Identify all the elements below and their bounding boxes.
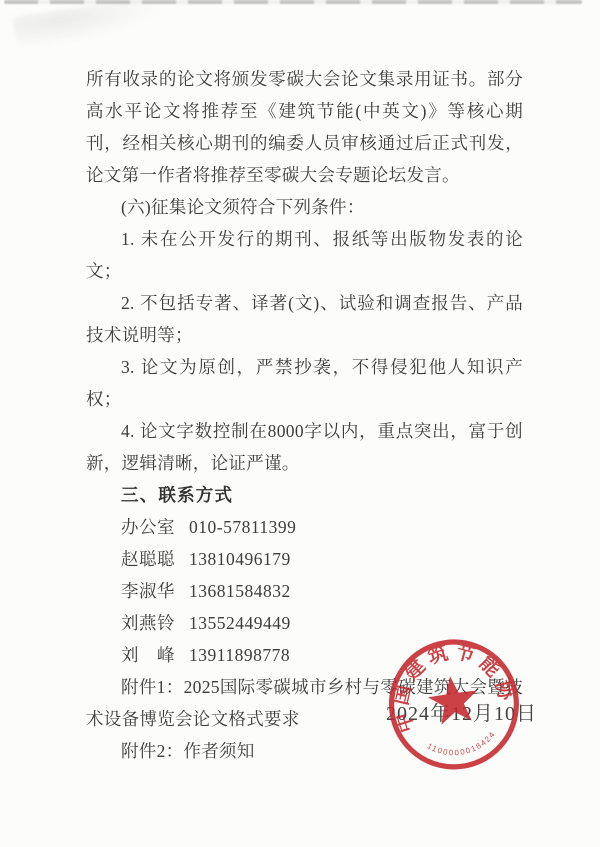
contact-name: 赵聪聪	[121, 549, 175, 569]
contact-phone: 13681584832	[189, 581, 291, 601]
scan-artifact-top	[4, 0, 582, 4]
body-paragraph: (六)征集论文须符合下列条件：	[86, 191, 523, 223]
contacts-heading: 三、联系方式	[86, 479, 523, 511]
body-paragraph: 2. 不包括专著、译著(文)、试验和调查报告、产品技术说明等；	[86, 287, 523, 351]
contact-row: 赵聪聪13810496179	[86, 543, 523, 575]
scan-artifact-smudge	[12, 0, 165, 50]
seal-ring-text: 中国建筑节能协会	[374, 628, 521, 740]
official-seal: 中国建筑节能协会 1100000018424	[374, 628, 536, 784]
contact-phone: 13552449449	[189, 613, 291, 633]
contact-name: 刘燕铃	[121, 613, 175, 633]
contact-name: 刘 峰	[121, 645, 175, 665]
seal-star-icon	[425, 673, 481, 726]
contact-row: 李淑华13681584832	[86, 575, 523, 607]
body-paragraph: 1. 未在公开发行的期刊、报纸等出版物发表的论文；	[86, 223, 523, 287]
body-paragraph: 4. 论文字数控制在8000字以内，重点突出，富于创新，逻辑清晰，论证严谨。	[86, 415, 523, 479]
body-paragraph: 3. 论文为原创，严禁抄袭，不得侵犯他人知识产权；	[86, 351, 523, 415]
contact-phone: 13911898778	[189, 645, 290, 665]
contact-phone: 010-57811399	[189, 517, 296, 537]
contact-phone: 13810496179	[189, 549, 291, 569]
body-paragraph: 所有收录的论文将颁发零碳大会论文集录用证书。部分高水平论文将推荐至《建筑节能(中…	[86, 63, 523, 191]
contact-name: 李淑华	[121, 581, 175, 601]
document-page: 所有收录的论文将颁发零碳大会论文集录用证书。部分高水平论文将推荐至《建筑节能(中…	[0, 0, 600, 847]
contact-name: 办公室	[121, 517, 175, 537]
contact-row: 办公室010-57811399	[86, 511, 523, 543]
